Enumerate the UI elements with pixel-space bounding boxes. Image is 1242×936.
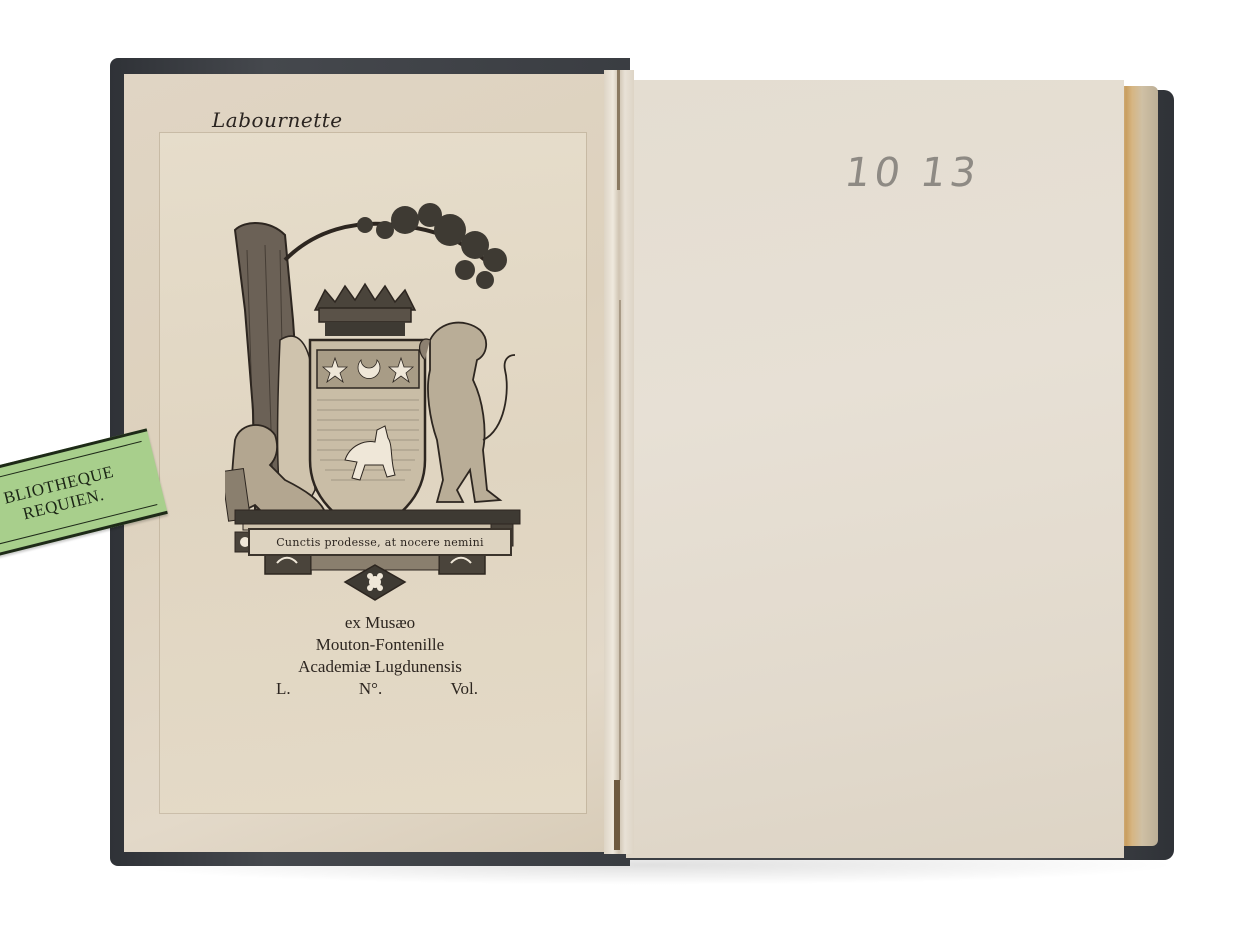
pencil-note: 10 13 (842, 150, 983, 196)
coronet-icon (315, 284, 415, 336)
right-flyleaf (626, 80, 1124, 858)
page-edges (1118, 86, 1158, 846)
binding-tear (614, 780, 620, 850)
owner-signature: Labournette (212, 108, 343, 132)
binding-thread (617, 70, 620, 190)
motto-text: Cunctis prodesse, at nocere nemini (276, 536, 484, 549)
caption-shelfmark-row: L. N°. Vol. (240, 678, 520, 700)
lion-right-icon (420, 323, 515, 502)
foliage-icon (357, 203, 507, 289)
caption-line: ex Musæo (240, 612, 520, 634)
caption-line: Academiæ Lugdunensis (240, 656, 520, 678)
shelfmark-l: L. (276, 678, 291, 700)
shield-icon (310, 340, 425, 535)
motto-banner: Cunctis prodesse, at nocere nemini (248, 528, 512, 556)
bookplate-caption: ex Musæo Mouton-Fontenille Academiæ Lugd… (240, 612, 520, 700)
binding-thread (619, 300, 621, 780)
caption-line: Mouton-Fontenille (240, 634, 520, 656)
shelfmark-vol: Vol. (450, 678, 478, 700)
shelfmark-no: N°. (359, 678, 382, 700)
